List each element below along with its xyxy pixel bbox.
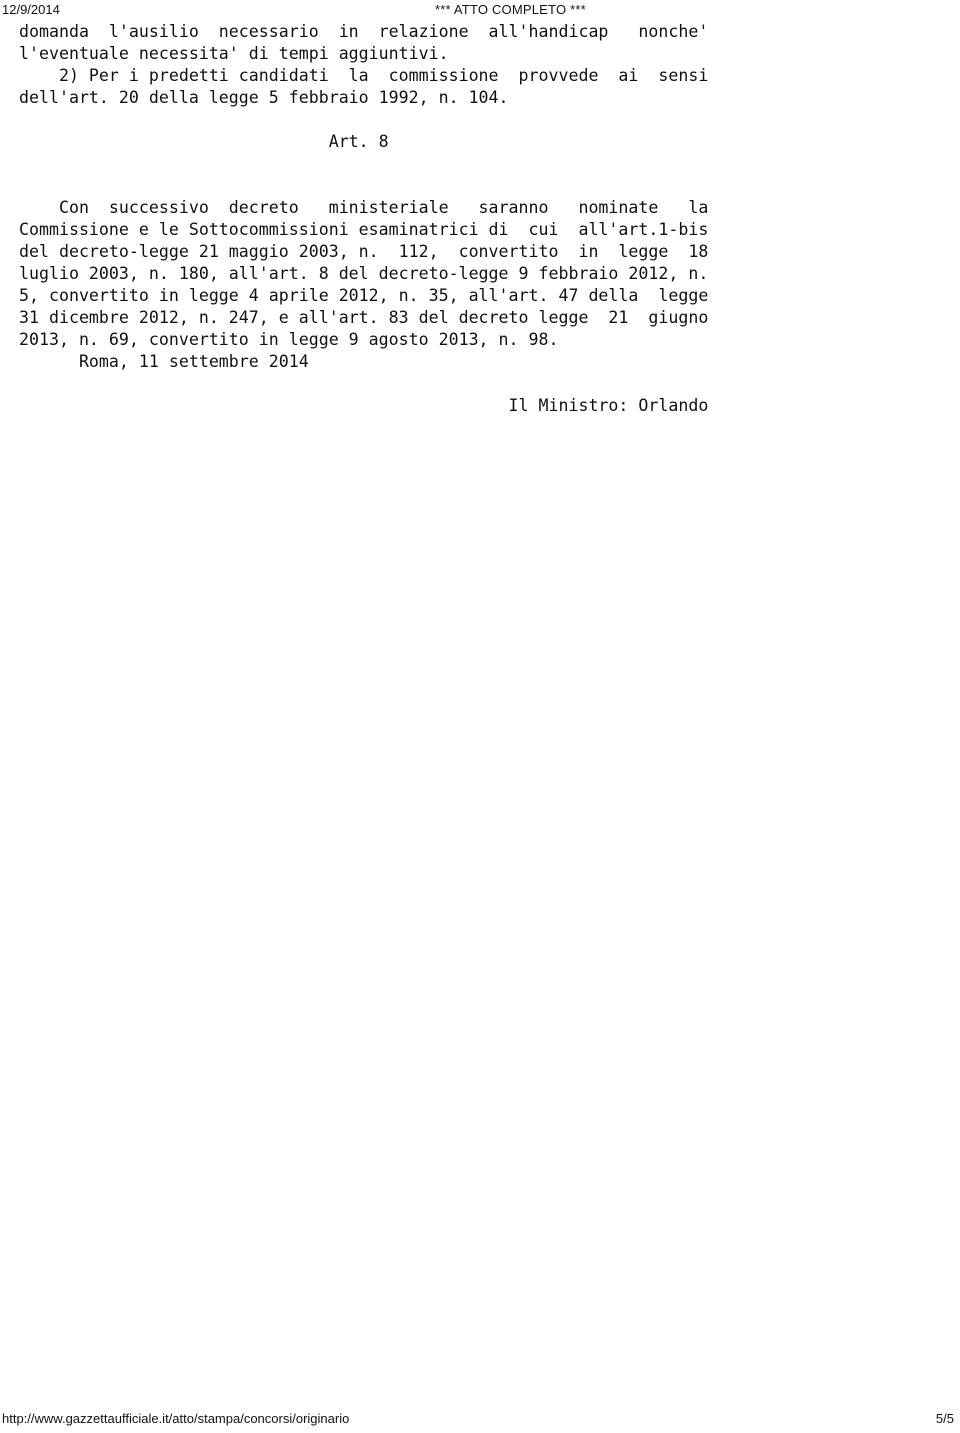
- print-header-title: *** ATTO COMPLETO ***: [435, 2, 586, 17]
- document-text: domanda l'ausilio necessario in relazion…: [19, 21, 708, 417]
- page-number: 5/5: [936, 1411, 954, 1427]
- print-header-date: 12/9/2014: [2, 2, 60, 17]
- print-footer-url: http://www.gazzettaufficiale.it/atto/sta…: [2, 1411, 349, 1427]
- printed-page: 12/9/2014 *** ATTO COMPLETO *** domanda …: [0, 0, 960, 1433]
